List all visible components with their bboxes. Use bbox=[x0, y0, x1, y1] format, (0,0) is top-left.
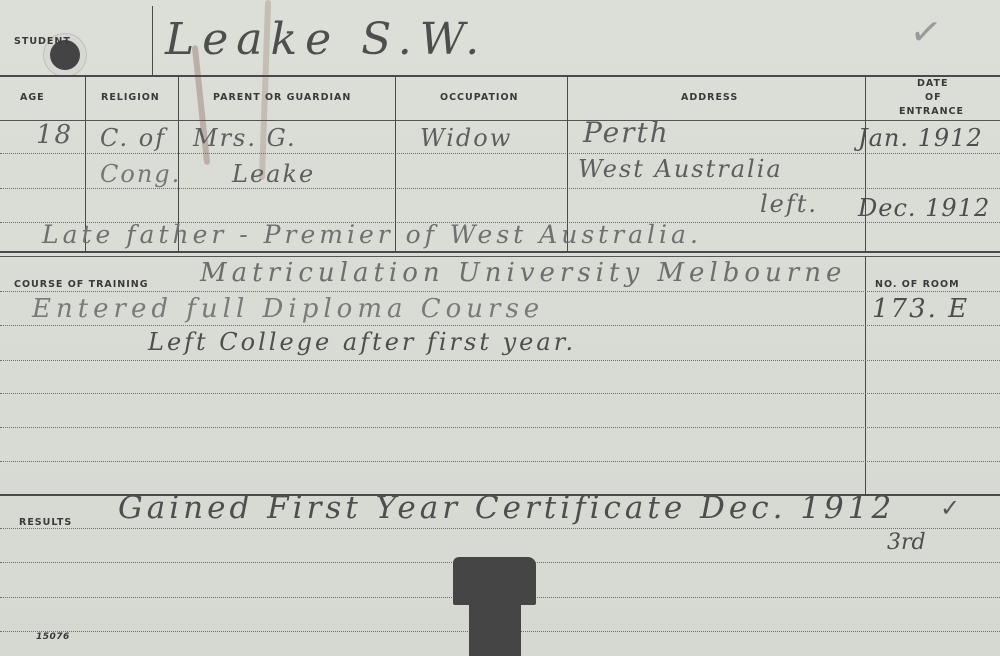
index-tab-cutout-stem bbox=[469, 600, 521, 656]
ruled-line bbox=[0, 291, 1000, 292]
header-date-3: ENTRANCE bbox=[899, 106, 964, 117]
student-name: Leake S.W. bbox=[165, 14, 487, 65]
header-religion: RELIGION bbox=[101, 92, 160, 103]
address-value-1: Perth bbox=[583, 116, 670, 149]
occupation-value: Widow bbox=[420, 124, 512, 152]
table-bottom-border-2 bbox=[0, 256, 1000, 257]
religion-value-2: Cong. bbox=[100, 160, 181, 188]
address-note: left. bbox=[760, 190, 818, 218]
index-tab-cutout bbox=[453, 557, 536, 605]
header-address: ADDRESS bbox=[681, 92, 738, 103]
parent-value-1: Mrs. G. bbox=[193, 124, 297, 152]
room-column-divider bbox=[865, 256, 866, 496]
header-date-1: DATE bbox=[917, 78, 948, 89]
course-line-2: Entered full Diploma Course bbox=[32, 294, 544, 324]
course-line-3: Left College after first year. bbox=[148, 328, 576, 356]
ruled-line bbox=[0, 393, 1000, 394]
room-value: 173. E bbox=[872, 294, 969, 324]
column-divider bbox=[865, 75, 866, 252]
results-text: Gained First Year Certificate Dec. 1912 bbox=[118, 490, 895, 526]
age-value: 18 bbox=[36, 120, 73, 150]
student-divider bbox=[152, 6, 153, 75]
parent-value-2: Leake bbox=[232, 160, 315, 188]
ruled-line bbox=[0, 427, 1000, 428]
ruled-line bbox=[0, 153, 1000, 154]
table-top-border bbox=[0, 75, 1000, 77]
date-entered: Jan. 1912 bbox=[858, 124, 983, 152]
ruled-line bbox=[0, 461, 1000, 462]
ruled-line bbox=[0, 325, 1000, 326]
family-note: Late father - Premier of West Australia. bbox=[42, 220, 702, 249]
room-label: NO. OF ROOM bbox=[875, 279, 960, 290]
results-label: RESULTS bbox=[19, 517, 72, 528]
religion-value-1: C. of bbox=[100, 124, 166, 152]
header-date-2: OF bbox=[925, 92, 942, 103]
check-mark-icon: ✓ bbox=[940, 494, 960, 522]
serial-number: 15076 bbox=[36, 632, 70, 642]
ruled-line bbox=[0, 188, 1000, 189]
course-line-1: Matriculation University Melbourne bbox=[200, 258, 846, 288]
date-left: Dec. 1912 bbox=[858, 194, 990, 222]
ruled-line bbox=[0, 528, 1000, 529]
ruled-line bbox=[0, 360, 1000, 361]
student-label: STUDENT bbox=[14, 36, 71, 47]
student-record-card: STUDENT Leake S.W. ✓ AGE RELIGION PARENT… bbox=[0, 0, 1000, 656]
results-annotation: 3rd bbox=[887, 530, 926, 555]
address-value-2: West Australia bbox=[578, 155, 783, 183]
check-mark-icon: ✓ bbox=[907, 8, 945, 56]
header-age: AGE bbox=[20, 92, 45, 103]
course-label: COURSE OF TRAINING bbox=[14, 279, 149, 290]
table-bottom-border bbox=[0, 251, 1000, 253]
header-occupation: OCCUPATION bbox=[440, 92, 518, 103]
header-parent: PARENT OR GUARDIAN bbox=[213, 92, 351, 103]
header-bottom-border bbox=[0, 120, 1000, 121]
